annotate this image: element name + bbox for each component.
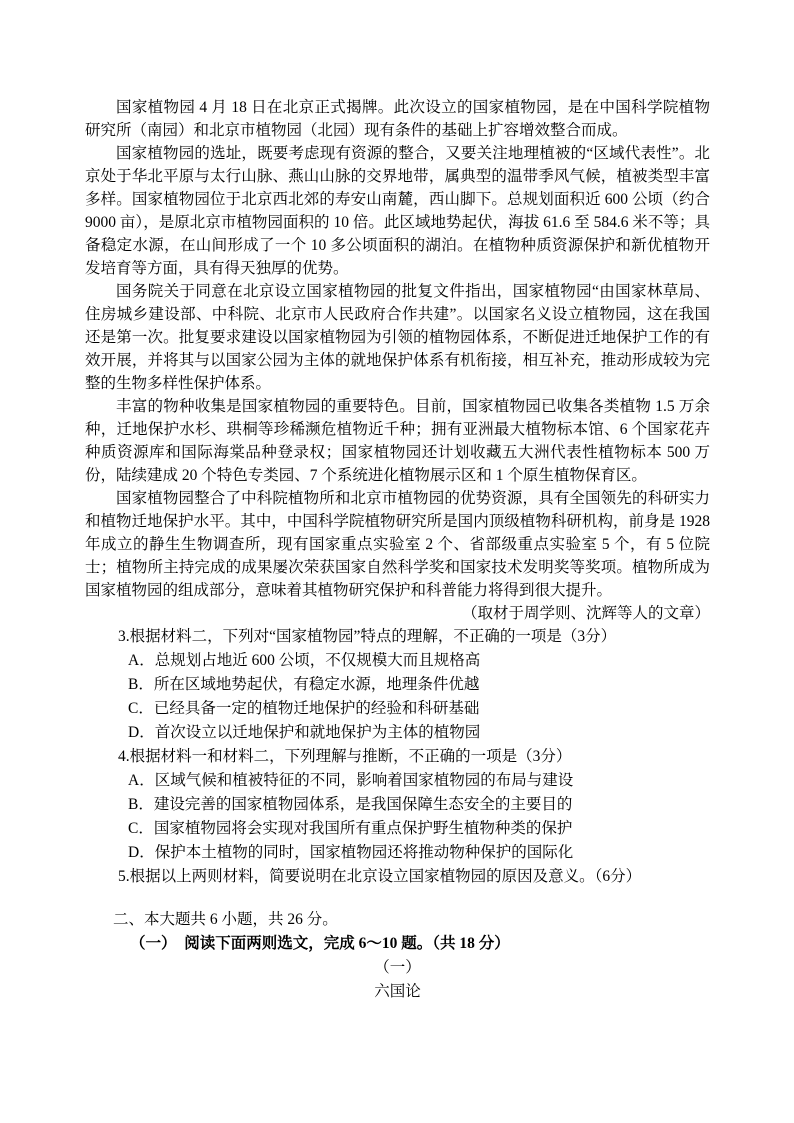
question-5-stem: 5.根据以上两则材料，简要说明在北京设立国家植物园的原因及意义。（6分） [85, 865, 710, 889]
question-4-option-b: B．建设完善的国家植物园体系，是我国保障生态安全的主要目的 [85, 793, 710, 817]
question-5: 5.根据以上两则材料，简要说明在北京设立国家植物园的原因及意义。（6分） [85, 865, 710, 889]
material-paragraph-2: 国家植物园的选址，既要考虑现有资源的整合，又要关注地理植被的“区域代表性”。北京… [85, 142, 710, 280]
question-4-option-a: A．区域气候和植被特征的不同，影响着国家植物园的布局与建设 [85, 769, 710, 793]
question-3-option-d: D．首次设立以迁地保护和就地保护为主体的植物园 [85, 721, 710, 745]
question-3-option-c: C．已经具备一定的植物迁地保护的经验和科研基础 [85, 697, 710, 721]
section-heading: 二、本大题共 6 小题，共 26 分。 [85, 908, 710, 932]
source-attribution: （取材于周学则、沈辉等人的文章） [85, 602, 710, 625]
question-3-option-b: B．所在区域地势起伏，有稳定水源，地理条件优越 [85, 673, 710, 697]
question-4-option-c: C．国家植物园将会实现对我国所有重点保护野生植物种类的保护 [85, 817, 710, 841]
question-4-stem: 4.根据材料一和材料二，下列理解与推断，不正确的一项是（3分） [85, 745, 710, 769]
material-paragraph-4: 丰富的物种收集是国家植物园的重要特色。目前，国家植物园已收集各类植物 1.5 万… [85, 395, 710, 487]
exam-page-content: 国家植物园 4 月 18 日在北京正式揭牌。此次设立的国家植物园，是在中国科学院… [85, 96, 710, 1003]
question-3-stem: 3.根据材料二，下列对“国家植物园”特点的理解，不正确的一项是（3分） [85, 625, 710, 649]
question-4-option-d: D．保护本土植物的同时，国家植物园还将推动物种保护的国际化 [85, 841, 710, 865]
question-4: 4.根据材料一和材料二，下列理解与推断，不正确的一项是（3分） A．区域气候和植… [85, 745, 710, 865]
subsection-heading: （一） 阅读下面两则选文，完成 6～10 题。（共 18 分） [85, 932, 710, 956]
essay-title: 六国论 [85, 980, 710, 1003]
question-3-option-a: A．总规划占地近 600 公顷，不仅规模大而且规格高 [85, 649, 710, 673]
part-label: （一） [85, 956, 710, 980]
question-3: 3.根据材料二，下列对“国家植物园”特点的理解，不正确的一项是（3分） A．总规… [85, 625, 710, 745]
material-paragraph-5: 国家植物园整合了中科院植物所和北京市植物园的优势资源，具有全国领先的科研实力和植… [85, 487, 710, 602]
material-paragraph-3: 国务院关于同意在北京设立国家植物园的批复文件指出，国家植物园“由国家林草局、住房… [85, 280, 710, 395]
material-paragraph-1: 国家植物园 4 月 18 日在北京正式揭牌。此次设立的国家植物园，是在中国科学院… [85, 96, 710, 142]
